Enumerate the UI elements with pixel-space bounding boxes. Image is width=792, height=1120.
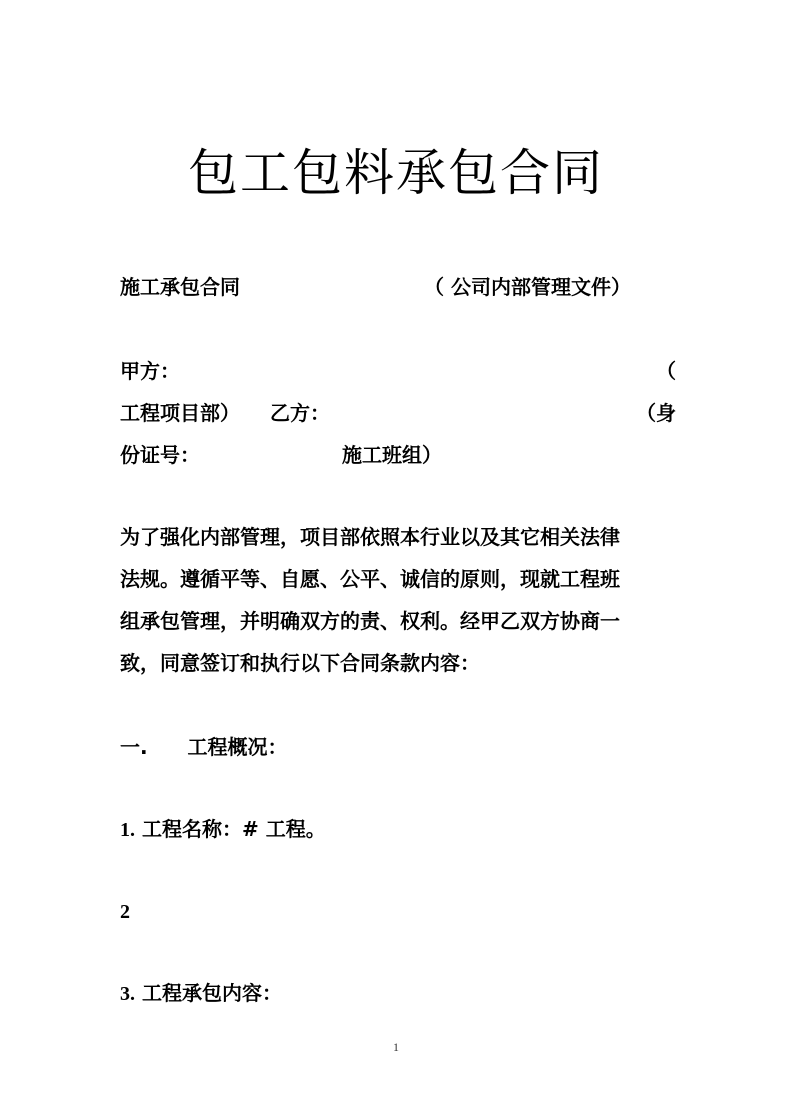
item-number: 2 <box>120 901 130 923</box>
item-number: 3. <box>120 983 135 1005</box>
item-1: 1. 工程名称：# 工程。 <box>120 815 326 844</box>
preamble-line: 法规。遵循平等、自愿、公平、诚信的原则，现就工程班 <box>120 565 680 607</box>
section-number: 一. <box>120 735 148 759</box>
item-2: 2 <box>120 897 130 926</box>
party-a-project-dept: 工程项目部） <box>120 399 240 427</box>
page-number: 1 <box>0 1040 792 1055</box>
preamble-line: 致，同意签订和执行以下合同条款内容： <box>120 649 680 691</box>
section-1-heading: 一. 工程概况： <box>120 733 288 761</box>
item-number: 1. <box>120 819 135 841</box>
item-3: 3. 工程承包内容： <box>120 979 282 1008</box>
section-title: 工程概况： <box>188 735 288 759</box>
document-title: 包工包料承包合同 <box>0 138 792 208</box>
document-page: 包工包料承包合同 施工承包合同 （ 公司内部管理文件） 甲方： （ 工程项目部）… <box>0 0 792 1120</box>
party-b-id-paren: （身 <box>636 399 676 427</box>
party-a-paren: （ <box>656 357 676 385</box>
preamble-line: 组承包管理，并明确双方的责、权利。经甲乙双方协商一 <box>120 607 680 649</box>
subtitle-right: （ 公司内部管理文件） <box>424 273 631 301</box>
item-text: 工程名称：# 工程。 <box>142 817 326 841</box>
party-a-label: 甲方： <box>120 357 180 385</box>
subtitle-left: 施工承包合同 <box>120 273 240 301</box>
preamble-line: 为了强化内部管理，项目部依照本行业以及其它相关法律 <box>120 523 680 565</box>
party-b-label: 乙方： <box>270 399 330 427</box>
item-text: 工程承包内容： <box>142 981 282 1005</box>
preamble-paragraph: 为了强化内部管理，项目部依照本行业以及其它相关法律 法规。遵循平等、自愿、公平、… <box>120 523 680 691</box>
construction-team-label: 施工班组） <box>342 441 442 469</box>
id-number-label: 份证号： <box>120 441 200 469</box>
